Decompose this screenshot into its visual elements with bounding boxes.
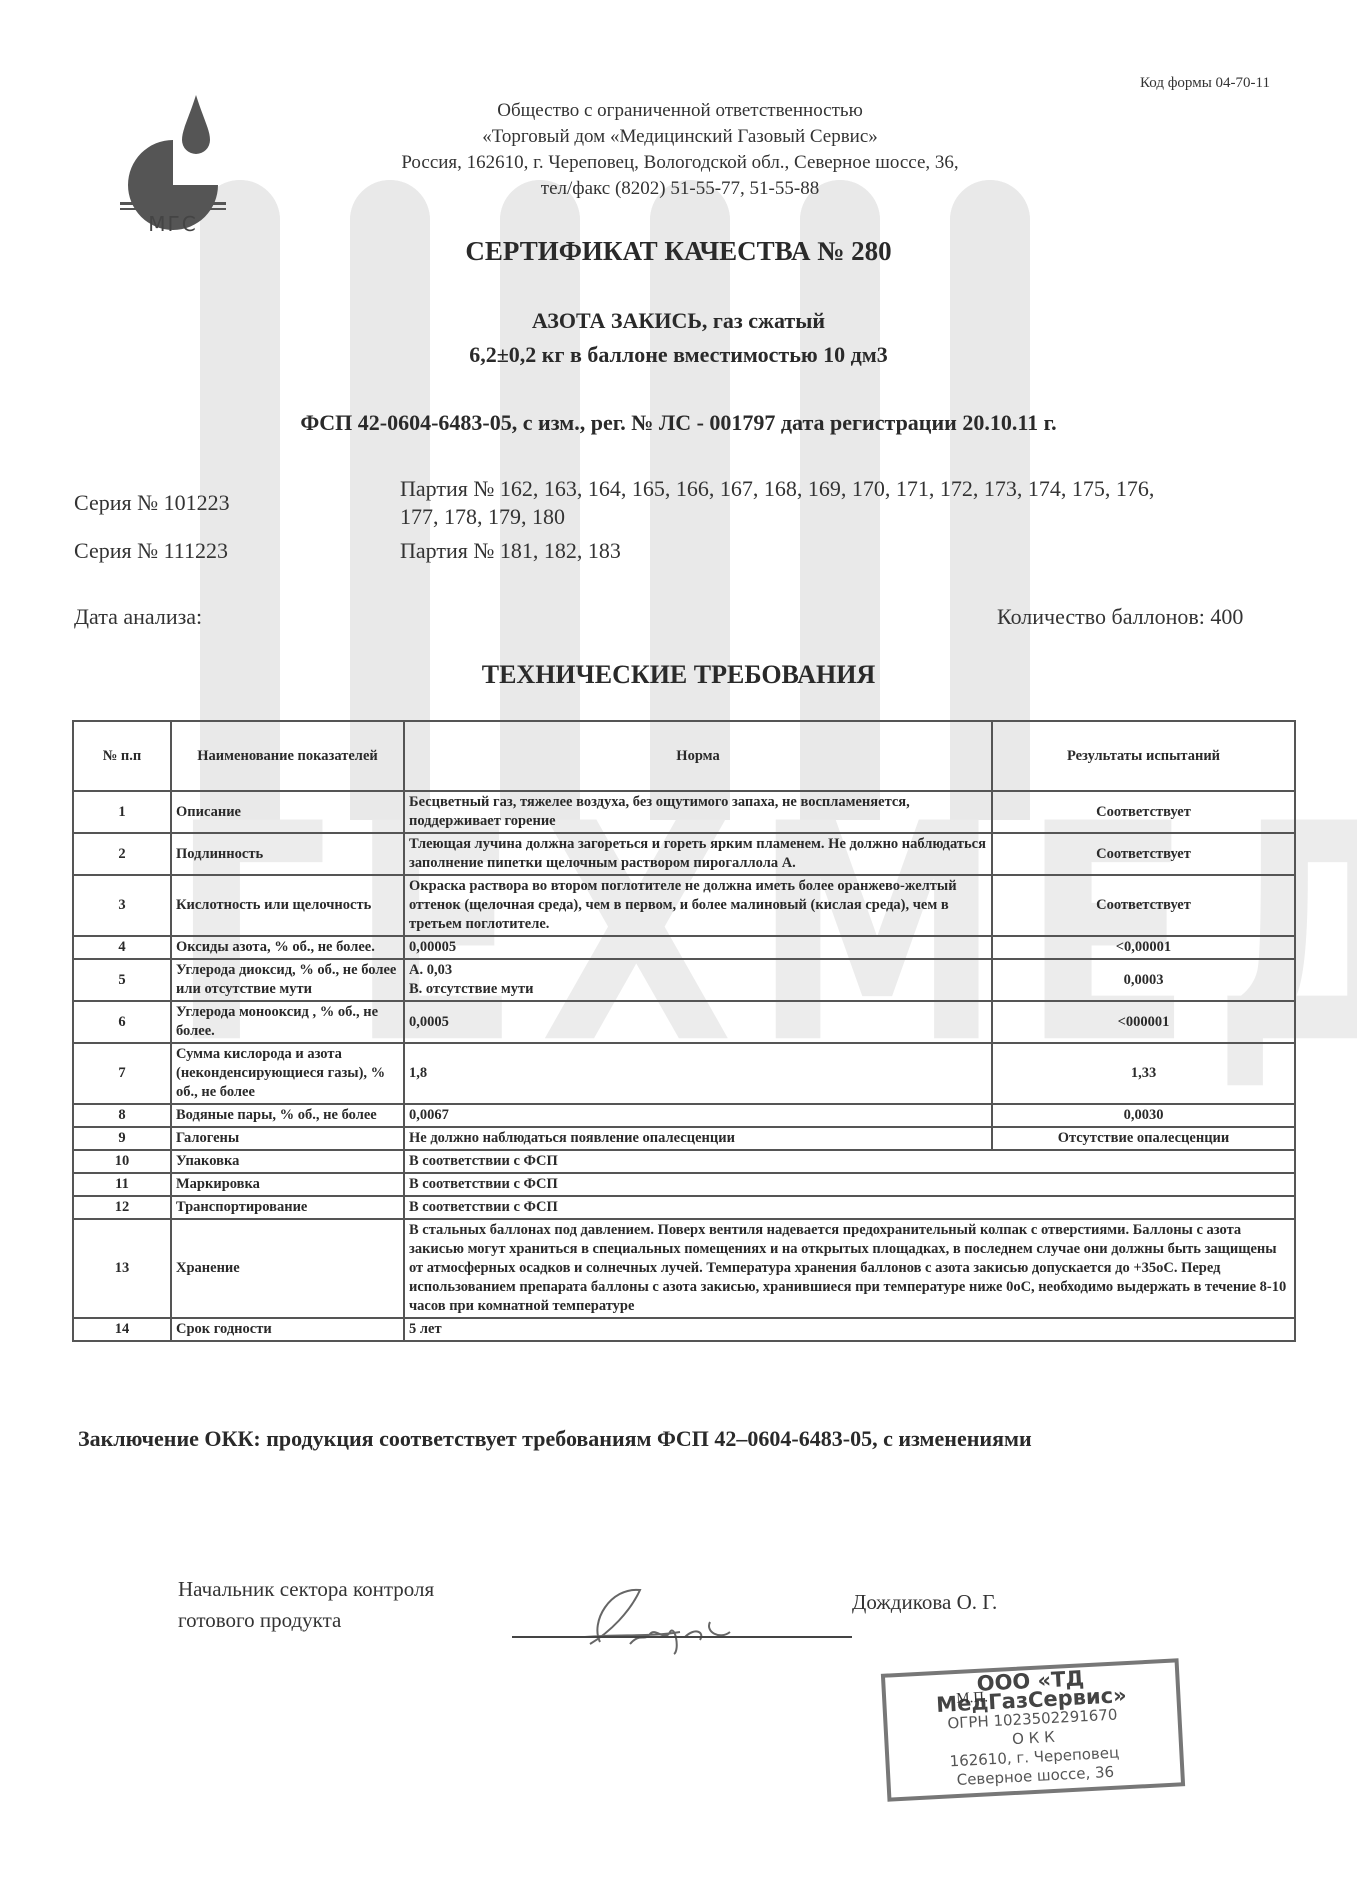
norm-value: 0,0005 xyxy=(404,1001,992,1043)
test-result: Отсутствие опалесценции xyxy=(992,1127,1295,1150)
product-package: 6,2±0,2 кг в баллоне вместимостью 10 дм3 xyxy=(0,342,1357,368)
norm-value: Тлеющая лучина должна загореться и горет… xyxy=(404,833,992,875)
table-row: 5Углерода диоксид, % об., не более или о… xyxy=(73,959,1295,1001)
test-result: 0,0030 xyxy=(992,1104,1295,1127)
test-result: <000001 xyxy=(992,1001,1295,1043)
row-number: 3 xyxy=(73,875,171,936)
norm-value: 5 лет xyxy=(404,1318,1295,1341)
indicator-name: Транспортирование xyxy=(171,1196,404,1219)
row-number: 11 xyxy=(73,1173,171,1196)
indicator-name: Подлинность xyxy=(171,833,404,875)
company-line: Общество с ограниченной ответственностью xyxy=(330,98,1030,124)
test-result: 0,0003 xyxy=(992,959,1295,1001)
certificate-title: СЕРТИФИКАТ КАЧЕСТВА № 280 xyxy=(0,236,1357,267)
signatory-role-line: Начальник сектора контроля xyxy=(178,1574,434,1605)
row-number: 5 xyxy=(73,959,171,1001)
test-result: 1,33 xyxy=(992,1043,1295,1104)
table-row: 4Оксиды азота, % об., не более.0,00005<0… xyxy=(73,936,1295,959)
company-logo-icon xyxy=(118,90,228,230)
signatory-name: Дождикова О. Г. xyxy=(852,1590,997,1615)
indicator-name: Срок годности xyxy=(171,1318,404,1341)
test-result: Соответствует xyxy=(992,791,1295,833)
column-header-norm: Норма xyxy=(404,721,992,791)
indicator-name: Сумма кислорода и азота (неконденсирующи… xyxy=(171,1043,404,1104)
norm-value: В стальных баллонах под давлением. Повер… xyxy=(404,1219,1295,1318)
company-address: Россия, 162610, г. Череповец, Вологодско… xyxy=(330,150,1030,176)
row-number: 10 xyxy=(73,1150,171,1173)
batch-list-continued: 177, 178, 179, 180 xyxy=(400,504,565,530)
cylinder-count: Количество баллонов: 400 xyxy=(997,604,1243,630)
batch-list: Партия № 162, 163, 164, 165, 166, 167, 1… xyxy=(400,476,1154,502)
table-row: 6Углерода монооксид , % об., не более.0,… xyxy=(73,1001,1295,1043)
signatory-role-line: готового продукта xyxy=(178,1605,434,1636)
indicator-name: Углерода диоксид, % об., не более или от… xyxy=(171,959,404,1001)
indicator-name: Маркировка xyxy=(171,1173,404,1196)
table-row: 7Сумма кислорода и азота (неконденсирующ… xyxy=(73,1043,1295,1104)
logo-text: МГС xyxy=(118,212,228,236)
row-number: 6 xyxy=(73,1001,171,1043)
column-header-result: Результаты испытаний xyxy=(992,721,1295,791)
batch-list: Партия № 181, 182, 183 xyxy=(400,538,621,564)
table-row: 9ГалогеныНе должно наблюдаться появление… xyxy=(73,1127,1295,1150)
form-code: Код формы 04-70-11 xyxy=(1140,75,1270,92)
series-label: Серия № 111223 xyxy=(74,538,228,564)
norm-value: А. 0,03 В. отсутствие мути xyxy=(404,959,992,1001)
table-row: 2ПодлинностьТлеющая лучина должна загоре… xyxy=(73,833,1295,875)
row-number: 2 xyxy=(73,833,171,875)
handwritten-signature-icon xyxy=(570,1582,750,1662)
norm-value: В соответствии с ФСП xyxy=(404,1196,1295,1219)
conclusion: Заключение ОКК: продукция соответствует … xyxy=(78,1426,1032,1452)
signature-line xyxy=(512,1636,852,1638)
company-phone: тел/факс (8202) 51-55-77, 51-55-88 xyxy=(330,176,1030,202)
table-row: 1ОписаниеБесцветный газ, тяжелее воздуха… xyxy=(73,791,1295,833)
norm-value: Окраска раствора во втором поглотителе н… xyxy=(404,875,992,936)
norm-value: Бесцветный газ, тяжелее воздуха, без ощу… xyxy=(404,791,992,833)
table-row: 3Кислотность или щелочностьОкраска раств… xyxy=(73,875,1295,936)
table-row: 13ХранениеВ стальных баллонах под давлен… xyxy=(73,1219,1295,1318)
requirements-table: № п.п Наименование показателей Норма Рез… xyxy=(72,720,1296,1342)
column-header-number: № п.п xyxy=(73,721,171,791)
test-result: Соответствует xyxy=(992,833,1295,875)
indicator-name: Упаковка xyxy=(171,1150,404,1173)
company-line: «Торговый дом «Медицинский Газовый Серви… xyxy=(330,124,1030,150)
table-row: 8Водяные пары, % об., не более0,00670,00… xyxy=(73,1104,1295,1127)
table-body: 1ОписаниеБесцветный газ, тяжелее воздуха… xyxy=(73,791,1295,1341)
indicator-name: Хранение xyxy=(171,1219,404,1318)
stamp-mp: М.П. xyxy=(956,1688,989,1709)
table-row: 11МаркировкаВ соответствии с ФСП xyxy=(73,1173,1295,1196)
row-number: 12 xyxy=(73,1196,171,1219)
signatory-role: Начальник сектора контроля готового прод… xyxy=(178,1574,434,1636)
indicator-name: Описание xyxy=(171,791,404,833)
regulation-info: ФСП 42-0604-6483-05, с изм., рег. № ЛС -… xyxy=(0,410,1357,436)
norm-value: 1,8 xyxy=(404,1043,992,1104)
row-number: 9 xyxy=(73,1127,171,1150)
product-name: АЗОТА ЗАКИСЬ, газ сжатый xyxy=(0,308,1357,334)
norm-value: В соответствии с ФСП xyxy=(404,1173,1295,1196)
norm-value: В соответствии с ФСП xyxy=(404,1150,1295,1173)
company-info: Общество с ограниченной ответственностью… xyxy=(330,98,1030,202)
test-result: <0,00001 xyxy=(992,936,1295,959)
company-stamp: ООО «ТД МедГазСервис» М.П. ОГРН 10235022… xyxy=(881,1658,1185,1801)
row-number: 1 xyxy=(73,791,171,833)
table-row: 12ТранспортированиеВ соответствии с ФСП xyxy=(73,1196,1295,1219)
section-title: ТЕХНИЧЕСКИЕ ТРЕБОВАНИЯ xyxy=(0,660,1357,690)
indicator-name: Углерода монооксид , % об., не более. xyxy=(171,1001,404,1043)
row-number: 14 xyxy=(73,1318,171,1341)
indicator-name: Галогены xyxy=(171,1127,404,1150)
row-number: 13 xyxy=(73,1219,171,1318)
table-row: 14Срок годности5 лет xyxy=(73,1318,1295,1341)
test-result: Соответствует xyxy=(992,875,1295,936)
analysis-date-label: Дата анализа: xyxy=(74,604,202,630)
row-number: 7 xyxy=(73,1043,171,1104)
norm-value: Не должно наблюдаться появление опалесце… xyxy=(404,1127,992,1150)
row-number: 4 xyxy=(73,936,171,959)
column-header-indicator: Наименование показателей xyxy=(171,721,404,791)
norm-value: 0,00005 xyxy=(404,936,992,959)
norm-value: 0,0067 xyxy=(404,1104,992,1127)
indicator-name: Оксиды азота, % об., не более. xyxy=(171,936,404,959)
indicator-name: Кислотность или щелочность xyxy=(171,875,404,936)
row-number: 8 xyxy=(73,1104,171,1127)
indicator-name: Водяные пары, % об., не более xyxy=(171,1104,404,1127)
table-header-row: № п.п Наименование показателей Норма Рез… xyxy=(73,721,1295,791)
table-row: 10УпаковкаВ соответствии с ФСП xyxy=(73,1150,1295,1173)
series-label: Серия № 101223 xyxy=(74,490,230,516)
